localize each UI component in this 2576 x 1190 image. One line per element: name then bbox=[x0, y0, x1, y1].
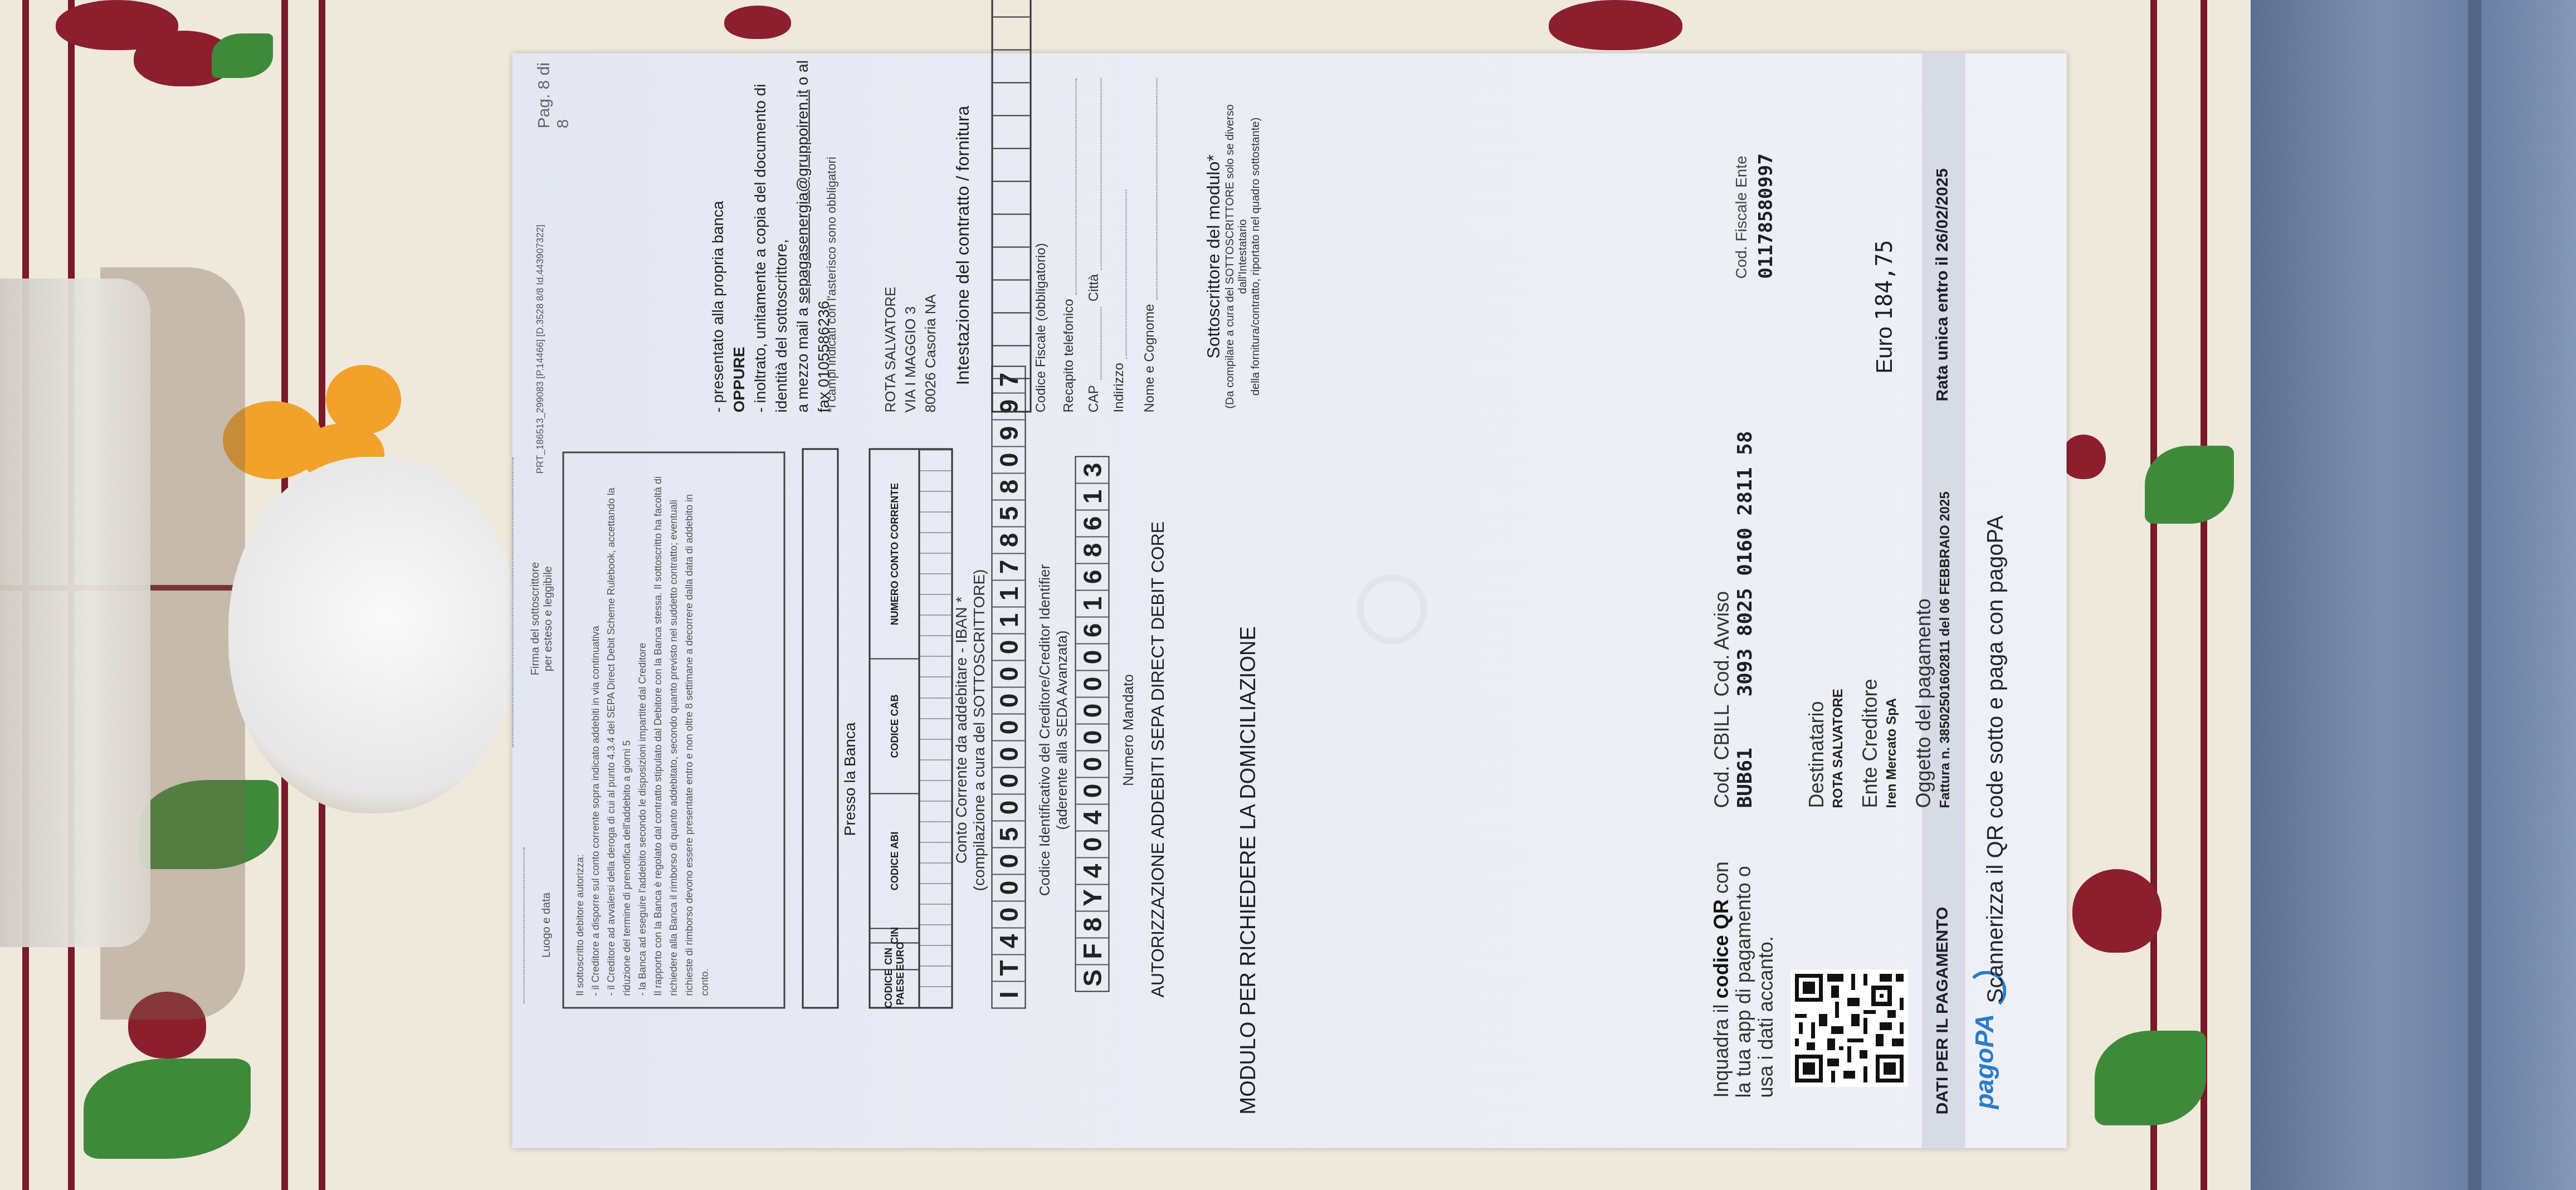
tax-code-cell[interactable] bbox=[993, 345, 1030, 378]
tax-code-cell[interactable] bbox=[993, 115, 1030, 148]
phone-field[interactable]: Recapito telefonico bbox=[1061, 79, 1077, 413]
tax-code-cell[interactable] bbox=[993, 280, 1030, 313]
mandate-label: Numero Mandato bbox=[1120, 452, 1137, 1009]
iban-cell[interactable] bbox=[920, 821, 952, 842]
iban-cell[interactable] bbox=[920, 780, 952, 801]
mandate-char-box: 0 bbox=[1076, 643, 1109, 670]
sepa-auth-title: AUTORIZZAZIONE ADDEBITI SEPA DIRECT DEBI… bbox=[1148, 521, 1168, 998]
creditor-id-char-box: 5 bbox=[993, 500, 1025, 526]
mandate-char-box: 0 bbox=[1076, 831, 1109, 857]
iban-cell[interactable] bbox=[920, 491, 952, 512]
iban-label: Conto Corrente da addebitare - IBAN * (c… bbox=[953, 452, 988, 1009]
subscriber-block-title: Sottoscrittore del modulo* (Da compilare… bbox=[1203, 90, 1262, 424]
col-account-number: NUMERO CONTO CORRENTE bbox=[871, 450, 919, 659]
creditor-id-char-box: 0 bbox=[993, 687, 1025, 714]
strawberry-print bbox=[2061, 435, 2106, 479]
tax-code-cell[interactable] bbox=[993, 313, 1030, 345]
recipient-block: Destinatario ROTA SALVATORE Ente Credito… bbox=[1805, 491, 1953, 808]
iban-cell[interactable] bbox=[920, 883, 952, 904]
creditor-id-char-box: 1 bbox=[993, 580, 1025, 607]
holder-city: 80026 Casoria NA bbox=[920, 287, 940, 413]
contract-holder-address: ROTA SALVATORE VIA I MAGGIO 3 80026 Caso… bbox=[880, 287, 940, 413]
bank-name-field[interactable] bbox=[802, 448, 839, 1009]
subject-label: Oggetto del pagamento bbox=[1912, 491, 1935, 808]
notice-code-label: Cod. Avviso bbox=[1710, 431, 1734, 697]
cbill-block: Cod. CBILL BUB61 bbox=[1710, 704, 1757, 808]
mandate-char-box: 1 bbox=[1076, 590, 1109, 617]
amount: Euro 184,75 bbox=[1872, 240, 1897, 373]
tax-code-value: 01178580997 bbox=[1755, 153, 1777, 279]
iban-cell[interactable] bbox=[920, 471, 952, 491]
mandate-char-box: 0 bbox=[1076, 670, 1109, 697]
tax-code-cell[interactable] bbox=[993, 148, 1030, 181]
mandate-char-box: 6 bbox=[1076, 510, 1109, 537]
signature-label: Firma del sottoscrittore per esteso e le… bbox=[529, 535, 555, 703]
leaf-print bbox=[2145, 446, 2234, 524]
recipient-label: Destinatario bbox=[1805, 491, 1828, 808]
iban-cell[interactable] bbox=[920, 553, 952, 574]
creditor-id-char-box: 0 bbox=[993, 767, 1025, 794]
recipient-value: ROTA SALVATORE bbox=[1831, 491, 1846, 808]
creditor-id-char-box: I bbox=[993, 981, 1025, 1008]
plastic-bag bbox=[0, 279, 150, 947]
tax-code-cell[interactable] bbox=[993, 17, 1030, 50]
cbill-value: BUB61 bbox=[1734, 704, 1757, 808]
creditor-id-char-box: 0 bbox=[993, 714, 1025, 740]
creditor-id-char-box: 0 bbox=[993, 740, 1025, 767]
email-link[interactable]: sepagasenergia@gruppoiren.it bbox=[794, 90, 811, 303]
name-field[interactable]: Nome e Cognome bbox=[1142, 79, 1158, 413]
iban-cell[interactable] bbox=[920, 801, 952, 821]
tax-code-label: Cod. Fiscale Ente bbox=[1733, 156, 1750, 279]
address-field[interactable]: Indirizzo bbox=[1111, 190, 1127, 413]
creditor-value: Iren Mercato SpA bbox=[1884, 491, 1900, 808]
tax-code-cell[interactable] bbox=[993, 50, 1030, 82]
iban-table: CODICE PAESE CIN EURO CIN CODICE ABI COD… bbox=[869, 448, 953, 1009]
creditor-id-char-box: 1 bbox=[993, 607, 1025, 633]
flower-print bbox=[2072, 869, 2162, 953]
iban-cell[interactable] bbox=[920, 594, 952, 615]
mandate-char-box: 3 bbox=[1076, 457, 1109, 483]
notice-code-block: Cod. Avviso 3093 8025 0160 2811 58 bbox=[1710, 431, 1757, 697]
mandate-char-box: 0 bbox=[1076, 724, 1109, 750]
creditor-id-char-box: T bbox=[993, 954, 1025, 981]
submission-instructions: - presentato alla propria banca OPPURE -… bbox=[708, 51, 835, 413]
leaf-print bbox=[212, 33, 273, 78]
tax-code-cell[interactable] bbox=[993, 0, 1030, 17]
footer-code: PRT_186513_299083 [P.14466] [D.3528 8/8 … bbox=[535, 225, 546, 474]
iban-cell[interactable] bbox=[920, 718, 952, 739]
amount-currency: Euro bbox=[1872, 326, 1897, 374]
iban-cell[interactable] bbox=[920, 945, 952, 965]
col-abi: CODICE ABI bbox=[871, 793, 919, 928]
document-photo: ◯ pagoPA Scannerizza il QR code sotto e … bbox=[513, 53, 2067, 1148]
page-number: Pag. 8 di 8 bbox=[535, 53, 573, 129]
mandate-char-box: 4 bbox=[1076, 857, 1109, 884]
mandate-char-box: F bbox=[1076, 938, 1109, 964]
place-date-line[interactable] bbox=[524, 847, 525, 1003]
subject-value: Fattura n. 385025016028​11 del 06 FEBBRA… bbox=[1938, 491, 1953, 808]
mandate-number: SF8Y4040000006168613 bbox=[1075, 456, 1110, 992]
creditor-identifier: IT4000500000001178580997 bbox=[992, 366, 1026, 1009]
bank-label: Presso la Banca bbox=[841, 723, 859, 836]
creditor-label: Ente Creditore bbox=[1858, 491, 1882, 808]
strawberry-print bbox=[724, 6, 791, 39]
tax-code-cell[interactable] bbox=[993, 181, 1030, 214]
iban-table-header: CODICE PAESE CIN EURO CIN CODICE ABI COD… bbox=[871, 450, 920, 1007]
iban-cell[interactable] bbox=[920, 965, 952, 986]
tax-code-cell[interactable] bbox=[993, 214, 1030, 247]
leaf-print bbox=[2095, 1031, 2206, 1125]
creditor-id-char-box: 0 bbox=[993, 446, 1025, 473]
col-cin-euro: CIN EURO bbox=[871, 943, 919, 969]
creditor-id-char-box: 8 bbox=[993, 473, 1025, 500]
cbill-label: Cod. CBILL bbox=[1710, 704, 1734, 808]
leaf-print bbox=[84, 1059, 251, 1159]
mandate-char-box: 6 bbox=[1076, 563, 1109, 590]
iban-cell[interactable] bbox=[920, 574, 952, 594]
sepa-form-title: MODULO PER RICHIEDERE LA DOMICILIAZIONE bbox=[1237, 626, 1261, 1114]
col-cab: CODICE CAB bbox=[871, 659, 919, 793]
amount-value: 184,75 bbox=[1872, 240, 1897, 320]
tablecloth-stripe bbox=[2150, 0, 2157, 1190]
creditor-id-char-box: 0 bbox=[993, 633, 1025, 660]
mandate-char-box: 8 bbox=[1076, 537, 1109, 563]
mandate-char-box: Y bbox=[1076, 884, 1109, 911]
col-cin: CIN bbox=[871, 928, 919, 943]
creditor-id-char-box: 8 bbox=[993, 526, 1025, 553]
tablecloth-stripe bbox=[2201, 0, 2207, 1190]
qr-code-icon bbox=[1791, 970, 1908, 1087]
pagopa-logo-text: pagoPA bbox=[1970, 1014, 1999, 1109]
qr-instructions: Inquadra il codice QR con la tua app di … bbox=[1710, 853, 1777, 1098]
creditor-id-char-box: 0 bbox=[993, 794, 1025, 821]
iban-cell[interactable] bbox=[920, 904, 952, 924]
creditor-id-char-box: 0 bbox=[993, 660, 1025, 687]
mandate-char-box: 0 bbox=[1076, 750, 1109, 777]
iban-cell[interactable] bbox=[920, 842, 952, 862]
iban-cell[interactable] bbox=[920, 450, 952, 471]
holder-street: VIA I MAGGIO 3 bbox=[900, 287, 920, 413]
jeans-seam bbox=[2468, 0, 2481, 1190]
notice-code-value: 3093 8025 0160 2811 58 bbox=[1734, 431, 1757, 697]
iban-cell[interactable] bbox=[920, 636, 952, 656]
creditor-id-char-box: 0 bbox=[993, 901, 1025, 928]
tax-code-cell[interactable] bbox=[993, 378, 1030, 411]
mandate-char-box: S bbox=[1076, 964, 1109, 991]
signature-line[interactable] bbox=[513, 457, 514, 747]
iban-cell[interactable] bbox=[920, 739, 952, 759]
strawberry-print bbox=[1549, 0, 1682, 50]
qr-code[interactable] bbox=[1791, 970, 1908, 1087]
installment-due: Rata unica entro il 26/02/2025 bbox=[1933, 168, 1952, 402]
iban-cell[interactable] bbox=[920, 862, 952, 883]
mandate-char-box: 8 bbox=[1076, 911, 1109, 938]
section-title: DATI PER IL PAGAMENTO bbox=[1933, 907, 1952, 1115]
plastic-lid bbox=[228, 457, 518, 813]
holder-name: ROTA SALVATORE bbox=[880, 287, 900, 413]
scan-title: Scannerizza il QR code sotto e paga con … bbox=[1983, 515, 2008, 1003]
tax-code-cell[interactable] bbox=[993, 82, 1030, 115]
iban-cell[interactable] bbox=[920, 512, 952, 533]
denim-jeans bbox=[2251, 0, 2576, 1190]
creditor-id-char-box: 9 bbox=[993, 420, 1025, 446]
place-date-label: Luogo e data bbox=[540, 870, 553, 981]
iban-cell[interactable] bbox=[920, 677, 952, 698]
creditor-id-char-box: 4 bbox=[993, 928, 1025, 954]
zip-city-field[interactable]: CAP Città bbox=[1086, 79, 1102, 413]
legal-text-box: Il sottoscritto debitore autorizza: - il… bbox=[563, 452, 786, 1009]
iban-cell[interactable] bbox=[920, 924, 952, 945]
tax-code-boxes[interactable] bbox=[992, 0, 1032, 413]
tax-code-cell[interactable] bbox=[993, 247, 1030, 280]
mandate-char-box: 0 bbox=[1076, 777, 1109, 804]
payment-notice-page: ◯ pagoPA Scannerizza il QR code sotto e … bbox=[513, 53, 2067, 1148]
creditor-id-label: Codice Identificativo del Creditore/Cred… bbox=[1036, 452, 1071, 1009]
col-country-code: CODICE PAESE bbox=[871, 969, 919, 1007]
creditor-id-char-box: 5 bbox=[993, 821, 1025, 847]
iban-cell[interactable] bbox=[920, 615, 952, 636]
iban-cell[interactable] bbox=[920, 533, 952, 553]
tax-code-field-label: Codice Fiscale (obbligatorio) bbox=[1033, 243, 1049, 412]
iban-input-cells[interactable] bbox=[920, 450, 952, 1007]
creditor-id-char-box: 0 bbox=[993, 847, 1025, 874]
mandate-char-box: 6 bbox=[1076, 617, 1109, 643]
contract-holder-title: Intestazione del contratto / fornitura bbox=[953, 79, 973, 413]
mandate-char-box: 1 bbox=[1076, 483, 1109, 510]
mandate-char-box: 4 bbox=[1076, 804, 1109, 831]
iban-cell[interactable] bbox=[920, 698, 952, 718]
iban-cell[interactable] bbox=[920, 759, 952, 780]
iban-cell[interactable] bbox=[920, 656, 952, 677]
iban-cell[interactable] bbox=[920, 986, 952, 1007]
creditor-id-char-box: 7 bbox=[993, 553, 1025, 580]
creditor-id-char-box: 0 bbox=[993, 874, 1025, 901]
watermark: ◯ bbox=[1348, 572, 1426, 646]
mandate-char-box: 0 bbox=[1076, 697, 1109, 724]
